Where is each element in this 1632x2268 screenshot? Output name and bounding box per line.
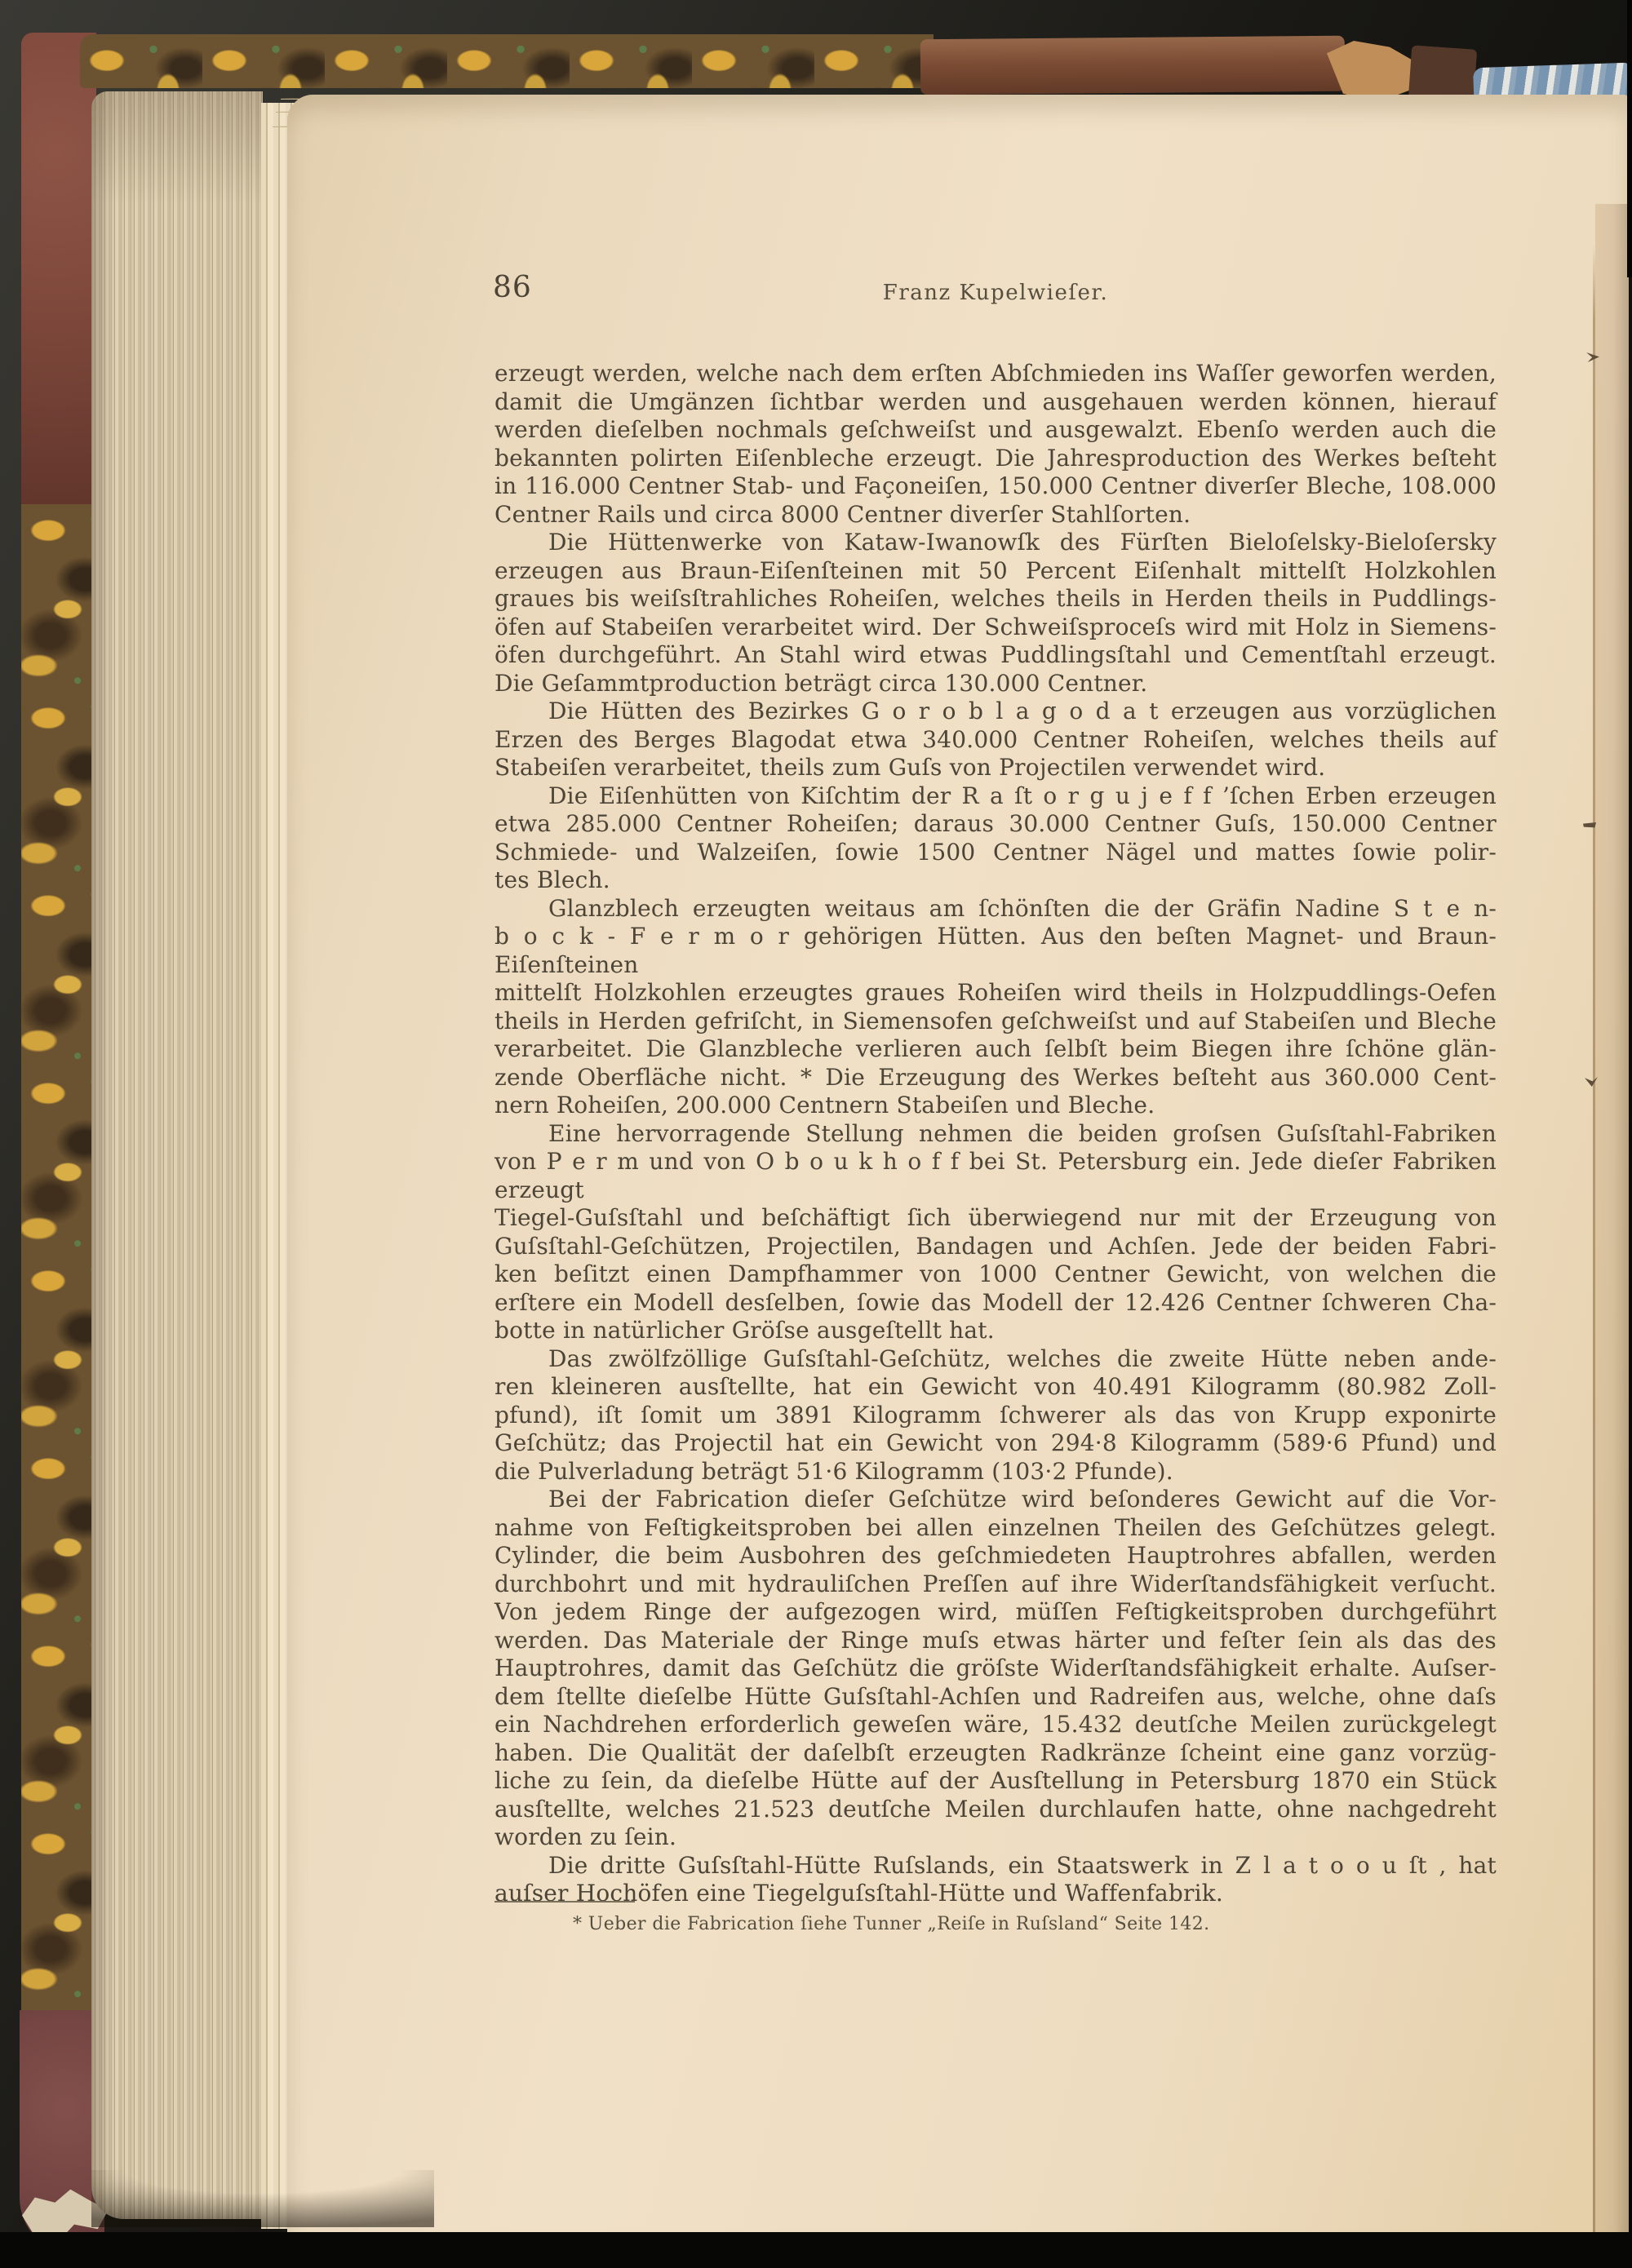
photo-background: 86 Franz Kupelwieſer. erzeugt werden, we… xyxy=(0,0,1632,2268)
body-line: Die dritte Guſsſtahl-Hütte Ruſslands, ei… xyxy=(494,1852,1497,1880)
body-line: nern Roheiſen, 200.000 Centnern Stabeiſe… xyxy=(494,1092,1497,1120)
marbled-cover-paper-edge xyxy=(21,504,96,2010)
body-line: Die Eiſenhütten von Kiſchtim der R a ſt … xyxy=(494,782,1497,811)
body-line: Die Hütten des Bezirkes G o r o b l a g … xyxy=(494,698,1497,726)
footnote-text: * Ueber die Fabrication ſiehe Tunner „Re… xyxy=(494,1914,1577,1934)
body-line: bekannten polirten Eiſenbleche erzeugt. … xyxy=(494,445,1497,473)
background-sliver xyxy=(1627,0,1632,277)
torn-leather-patch xyxy=(1327,41,1417,103)
body-line: erzeugen aus Braun-Eiſenſteinen mit 50 P… xyxy=(494,557,1497,586)
body-line: Eine hervorragende Stellung nehmen die b… xyxy=(494,1120,1497,1149)
body-line: die Pulverladung beträgt 51·6 Kilogramm … xyxy=(494,1458,1497,1486)
body-line: Bei der Fabrication dieſer Geſchütze wir… xyxy=(494,1486,1497,1514)
body-line: Tiegel-Guſsſtahl und beſchäftigt ſich üb… xyxy=(494,1204,1497,1233)
body-line: b o c k - F e r m o r gehörigen Hütten. … xyxy=(494,923,1497,979)
body-line: ken beſitzt einen Dampfhammer von 1000 C… xyxy=(494,1260,1497,1289)
body-line: durchbohrt und mit hydrauliſchen Preſſen… xyxy=(494,1570,1497,1599)
stack-bottom-shadow xyxy=(91,2170,434,2227)
body-line: auſser Hochöfen eine Tiegelguſsſtahl-Hüt… xyxy=(494,1880,1497,1908)
body-line: verarbeitet. Die Glanzbleche verlieren a… xyxy=(494,1035,1497,1064)
page-fore-edge-stack xyxy=(91,91,263,2219)
body-line: Geſchütz; das Projectil hat ein Gewicht … xyxy=(494,1429,1497,1458)
body-line: botte in natürlicher Gröſse ausgeſtellt … xyxy=(494,1317,1497,1345)
body-line: pfund), iſt ſomit um 3891 Kilogramm ſchw… xyxy=(494,1402,1497,1430)
body-line: Guſsſtahl-Geſchützen, Projectilen, Banda… xyxy=(494,1233,1497,1261)
body-line: erzeugt werden, welche nach dem erſten A… xyxy=(494,360,1497,388)
body-line: ren kleineren ausſtellte, hat ein Gewich… xyxy=(494,1373,1497,1402)
body-line: Centner Rails und circa 8000 Centner div… xyxy=(494,501,1497,529)
body-line: öfen durchgeführt. An Stahl wird etwas P… xyxy=(494,641,1497,670)
body-line: mittelſt Holzkohlen erzeugtes graues Roh… xyxy=(494,979,1497,1008)
body-line: zende Oberfläche nicht. * Die Erzeugung … xyxy=(494,1064,1497,1092)
page-body-text: erzeugt werden, welche nach dem erſten A… xyxy=(494,360,1497,1908)
body-line: graues bis weiſsſtrahliches Roheiſen, we… xyxy=(494,585,1497,614)
body-line: ausſtellte, welches 21.523 deutſche Meil… xyxy=(494,1796,1497,1824)
body-line: worden zu ſein. xyxy=(494,1823,1497,1852)
body-line: erſtere ein Modell desſelben, ſowie das … xyxy=(494,1289,1497,1318)
body-line: damit die Umgänzen ſichtbar werden und a… xyxy=(494,388,1497,417)
body-line: Hauptrohres, damit das Geſchütz die gröſ… xyxy=(494,1654,1497,1683)
body-line: Schmiede- und Walzeiſen, ſowie 1500 Cent… xyxy=(494,839,1497,867)
body-line: Das zwölfzöllige Guſsſtahl-Geſchütz, wel… xyxy=(494,1345,1497,1374)
body-line: etwa 285.000 Centner Roheiſen; daraus 30… xyxy=(494,810,1497,839)
body-line: in 116.000 Centner Stab- und Façoneiſen,… xyxy=(494,472,1497,501)
leather-top-edge xyxy=(920,36,1346,95)
body-line: von P e r m und von O b o u k h o f f be… xyxy=(494,1148,1497,1204)
body-line: Cylinder, die beim Ausbohren des geſchmi… xyxy=(494,1542,1497,1570)
body-line: ein Nachdrehen erforderlich geweſen wäre… xyxy=(494,1711,1497,1739)
footnote-rule xyxy=(494,1901,635,1903)
body-line: Von jedem Ringe der aufgezogen wird, müſ… xyxy=(494,1598,1497,1627)
leather-spine-top-edge xyxy=(21,33,96,504)
body-line: Die Geſammtproduction beträgt circa 130.… xyxy=(494,670,1497,698)
body-line: dem ſtellte dieſelbe Hütte Guſsſtahl-Ach… xyxy=(494,1683,1497,1712)
body-line: Erzen des Berges Blagodat etwa 340.000 C… xyxy=(494,726,1497,755)
body-line: liche zu ſein, da dieſelbe Hütte auf der… xyxy=(494,1767,1497,1796)
body-line: theils in Herden gefriſcht, in Siemensof… xyxy=(494,1008,1497,1036)
body-line: werden dieſelben nochmals geſchweiſst un… xyxy=(494,416,1497,445)
body-line: haben. Die Qualität der daſelbſt erzeugt… xyxy=(494,1739,1497,1768)
body-line: öfen auf Stabeiſen verarbeitet wird. Der… xyxy=(494,614,1497,642)
background-bottom xyxy=(0,2232,1632,2268)
body-line: Die Hüttenwerke von Kataw-Iwanowſk des F… xyxy=(494,529,1497,557)
body-line: Stabeiſen verarbeitet, theils zum Guſs v… xyxy=(494,754,1497,782)
body-line: Glanzblech erzeugten weitaus am ſchönſte… xyxy=(494,895,1497,924)
body-line: nahme von Feſtigkeitsproben bei allen ei… xyxy=(494,1514,1497,1543)
gutter-shadow xyxy=(1595,204,1629,2235)
body-line: werden. Das Materiale der Ringe muſs etw… xyxy=(494,1627,1497,1655)
marbled-cover-top-edge xyxy=(80,34,934,88)
body-line: tes Blech. xyxy=(494,866,1497,895)
running-header: Franz Kupelwieſer. xyxy=(496,281,1495,305)
